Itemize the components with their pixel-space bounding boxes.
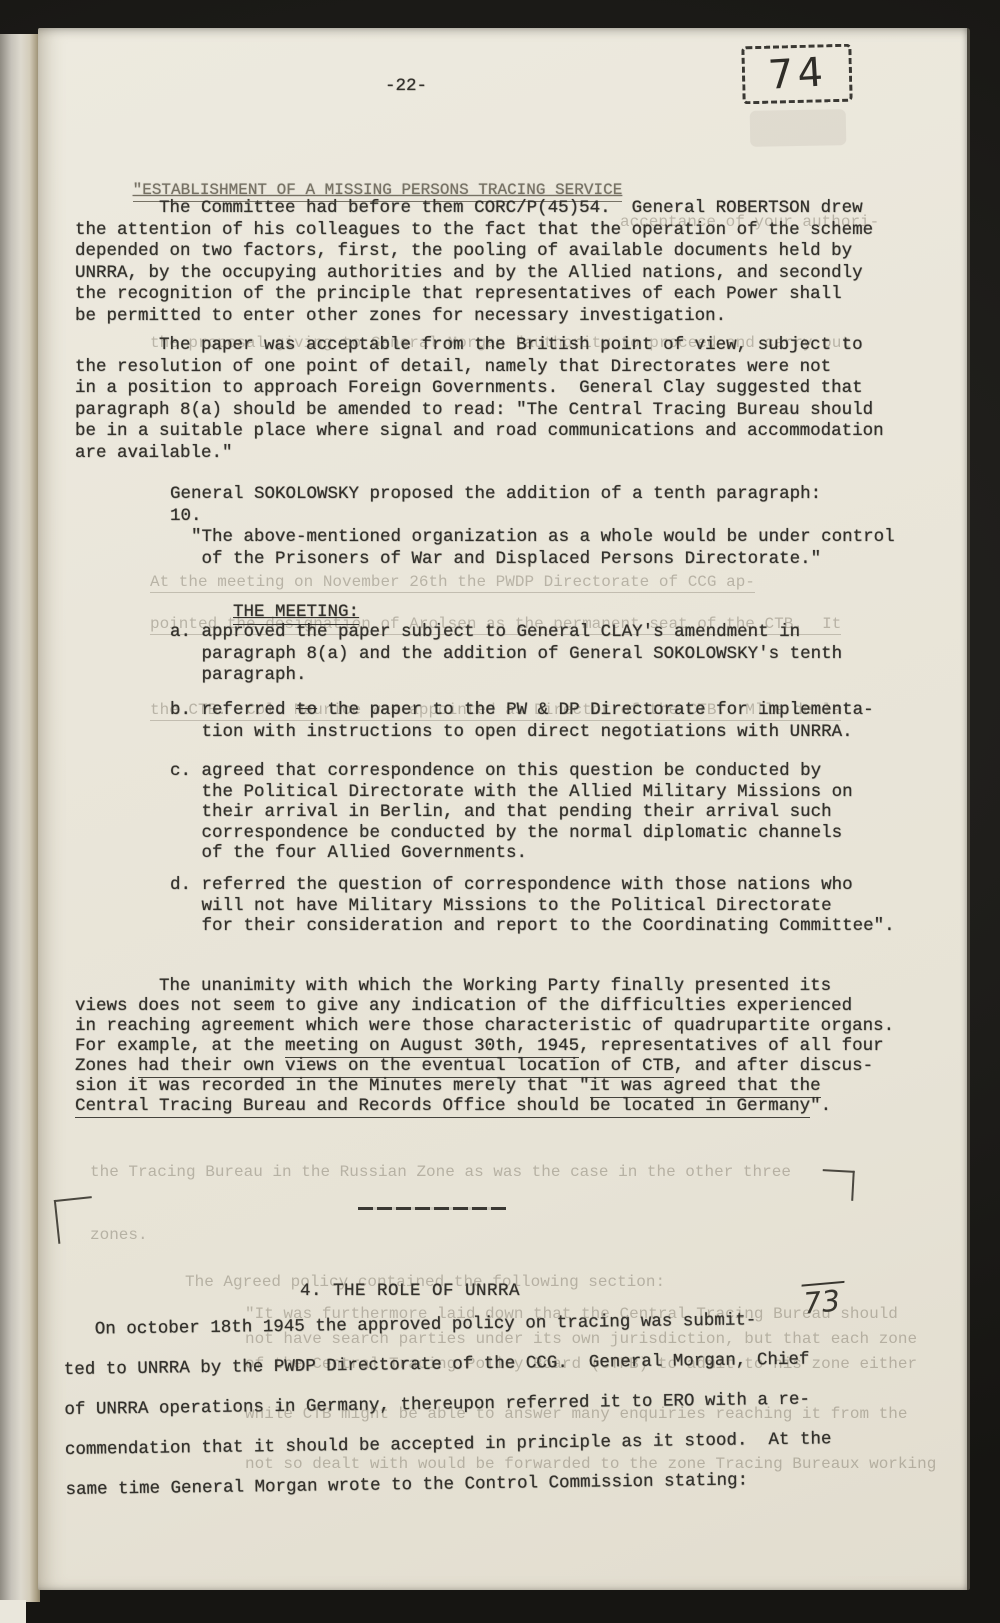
typed-line: The paper was acceptable from the Britis… bbox=[75, 335, 884, 357]
typed-line: c. agreed that correspondence on this qu… bbox=[170, 761, 853, 782]
typed-line: paragraph. bbox=[170, 665, 842, 687]
typed-line: in a position to approach Foreign Govern… bbox=[75, 378, 884, 400]
meeting-item-d: d. referred the question of corresponden… bbox=[170, 875, 895, 937]
typed-line: Central Tracing Bureau and Records Offic… bbox=[75, 1096, 894, 1116]
typed-line: paragraph 8(a) and the addition of Gener… bbox=[170, 644, 842, 666]
typed-line: the resolution of one point of detail, n… bbox=[75, 357, 884, 379]
typed-line: correspondence be conducted by the norma… bbox=[170, 823, 853, 844]
folio-stamp-bleedthrough bbox=[750, 109, 847, 147]
bottom-left-page-corner bbox=[0, 1600, 26, 1623]
typed-line: are available." bbox=[75, 443, 884, 465]
book-page-stack-edge bbox=[0, 34, 40, 1602]
typed-line: be in a suitable place where signal and … bbox=[75, 421, 884, 443]
typed-line: be permitted to enter other zones for ne… bbox=[75, 306, 873, 328]
paragraph-committee: The Committee had before them CORC/P(45)… bbox=[75, 198, 873, 327]
typed-line: for their consideration and report to th… bbox=[170, 916, 895, 937]
typed-line: depended on two factors, first, the pool… bbox=[75, 241, 873, 263]
meeting-item-a: a. approved the paper subject to General… bbox=[170, 622, 842, 687]
paragraph-sokolowsky: General SOKOLOWSKY proposed the addition… bbox=[170, 484, 895, 570]
bleedthrough-text-line: zones. bbox=[90, 1225, 148, 1245]
typed-line: of the Prisoners of War and Displaced Pe… bbox=[170, 549, 895, 571]
paragraph-unrra: On october 18th 1945 the approved policy… bbox=[63, 1299, 832, 1510]
typed-line: views does not seem to give any indicati… bbox=[75, 996, 894, 1016]
typed-line: of the four Allied Governments. bbox=[170, 843, 853, 864]
typed-line: the attention of his colleagues to the f… bbox=[75, 220, 873, 242]
typed-line: 10. bbox=[170, 506, 895, 528]
typed-line: the recognition of the principle that re… bbox=[75, 284, 873, 306]
typed-line: tion with instructions to open direct ne… bbox=[170, 722, 874, 744]
paragraph-british-view: The paper was acceptable from the Britis… bbox=[75, 335, 884, 464]
typed-line: the Political Directorate with the Allie… bbox=[170, 782, 853, 803]
document-page: acceptance of your authori-the proposal … bbox=[38, 28, 970, 1590]
typed-line: in reaching agreement which were those c… bbox=[75, 1016, 894, 1036]
meeting-item-c: c. agreed that correspondence on this qu… bbox=[170, 761, 853, 864]
bleedthrough-text-line: the Tracing Bureau in the Russian Zone a… bbox=[90, 1162, 791, 1182]
typed-line: will not have Military Missions to the P… bbox=[170, 896, 895, 917]
typed-line: paragraph 8(a) should be amended to read… bbox=[75, 400, 884, 422]
typed-line: UNRRA, by the occupying authorities and … bbox=[75, 263, 873, 285]
section-heading: 4. THE ROLE OF UNRRA bbox=[300, 1281, 520, 1303]
typed-line: The unanimity with which the Working Par… bbox=[75, 976, 894, 996]
typed-line: General SOKOLOWSKY proposed the addition… bbox=[170, 484, 895, 506]
typed-line: sion it was recorded in the Minutes mere… bbox=[75, 1076, 894, 1096]
folio-stamp-number: 74 bbox=[766, 49, 828, 98]
crop-mark-right-icon bbox=[821, 1169, 855, 1201]
typed-line: a. approved the paper subject to General… bbox=[170, 622, 842, 644]
typed-line: d. referred the question of corresponden… bbox=[170, 875, 895, 896]
typed-line: Zones had their own views on the eventua… bbox=[75, 1056, 894, 1076]
typed-line: "The above-mentioned organization as a w… bbox=[170, 527, 895, 549]
scanned-document-photo: acceptance of your authori-the proposal … bbox=[0, 0, 1000, 1623]
meeting-item-b: b. referred to the paper to the PW & DP … bbox=[170, 700, 874, 743]
typed-line: The Committee had before them CORC/P(45)… bbox=[75, 198, 873, 220]
crop-mark-left-icon bbox=[54, 1196, 96, 1244]
section-divider bbox=[358, 1207, 506, 1210]
page-number: -22- bbox=[385, 76, 427, 98]
typed-line: b. referred to the paper to the PW & DP … bbox=[170, 700, 874, 722]
paragraph-unanimity: The unanimity with which the Working Par… bbox=[75, 976, 894, 1116]
handwritten-folio-stamp: 74 bbox=[741, 44, 852, 105]
typed-line: their arrival in Berlin, and that pendin… bbox=[170, 802, 853, 823]
typed-line: For example, at the meeting on August 30… bbox=[75, 1036, 894, 1056]
